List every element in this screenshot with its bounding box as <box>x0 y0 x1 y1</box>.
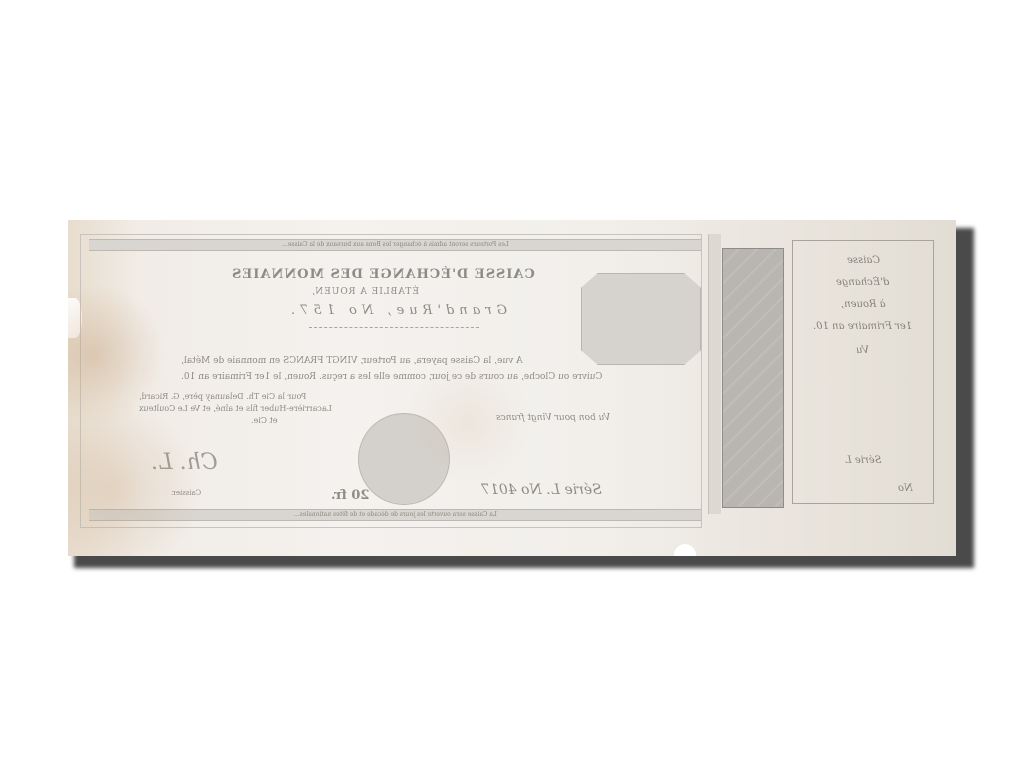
title-text: CAISSE D'ÉCHANGE DES MONNAIES <box>231 267 535 282</box>
stub-line-1: Caisse <box>793 255 933 266</box>
denomination: 20 fr. <box>331 488 369 503</box>
top-band-text: Les Porteurs seront admis à échanger les… <box>282 240 509 250</box>
counterfoil-stub: Caisse d'Échange à Rouen, 1er Frimaire a… <box>792 240 934 504</box>
stub-line-5-text: Vu <box>856 345 869 356</box>
stub-series-text: Série L <box>845 455 881 466</box>
body-line-2-text: Cuivre ou Cloche, au cours de ce jour, c… <box>181 372 602 382</box>
stub-line-3: à Rouen, <box>793 299 933 310</box>
issuer-line-2-text: Lacarrière-Huber fils et aîné, et Ve Le … <box>139 404 332 413</box>
top-border-band: Les Porteurs seront admis à échanger les… <box>89 239 701 251</box>
octagonal-vignette <box>581 273 701 365</box>
divider <box>309 327 479 328</box>
perforation-strip <box>708 234 721 514</box>
bottom-band-text: La Caisse sera ouverte les jours de déca… <box>294 510 497 520</box>
body-line-2: Cuivre ou Cloche, au cours de ce jour, c… <box>181 372 602 382</box>
serial-text: Série L. No 4017 <box>481 482 602 498</box>
bon-text: Vu bon pour Vingt francs <box>496 413 610 423</box>
issuer-line-3-text: et Cie. <box>251 416 277 425</box>
serial-number: Série L. No 4017 <box>481 482 602 498</box>
stub-line-3-text: à Rouen, <box>841 299 886 310</box>
body-line-1: A vue, la Caisse payera, au Porteur, VIN… <box>181 356 523 366</box>
note-subtitle: ÉTABLIE A ROUEN, <box>311 287 419 297</box>
stub-line-2-text: d'Échange <box>836 277 889 288</box>
cashier-label: Caissier. <box>171 489 201 497</box>
issuer-line-2: Lacarrière-Huber fils et aîné, et Ve Le … <box>139 404 332 413</box>
stub-line-4-text: 1er Frimaire an 10. <box>813 321 912 332</box>
torn-notch <box>674 544 696 556</box>
body-line-1-text: A vue, la Caisse payera, au Porteur, VIN… <box>181 356 523 366</box>
signature-text: Ch. L. <box>151 450 218 475</box>
stub-number: No <box>793 483 913 494</box>
issuer-line-3: et Cie. <box>251 416 277 425</box>
banknote: Les Porteurs seront admis à échanger les… <box>68 220 956 556</box>
cashier-label-text: Caissier. <box>171 489 201 497</box>
bottom-border-band: La Caisse sera ouverte les jours de déca… <box>89 509 701 521</box>
address-text: Grand'Rue, No 157. <box>286 303 507 318</box>
issuer-line-1: Pour la Cie Th. Delaunay père, G. Ricard… <box>139 392 306 401</box>
subtitle-text: ÉTABLIE A ROUEN, <box>311 287 419 297</box>
stub-line-5: Vu <box>793 345 933 356</box>
note-address: Grand'Rue, No 157. <box>286 303 507 318</box>
denomination-text: 20 fr. <box>331 488 369 503</box>
note-title: CAISSE D'ÉCHANGE DES MONNAIES <box>231 267 535 282</box>
round-seal <box>358 413 450 505</box>
signature: Ch. L. <box>151 450 218 475</box>
stub-number-text: No <box>898 483 913 494</box>
stub-series: Série L <box>793 455 933 466</box>
issuer-line-1-text: Pour la Cie Th. Delaunay père, G. Ricard… <box>139 392 306 401</box>
stub-line-4: 1er Frimaire an 10. <box>793 321 933 332</box>
stub-line-1-text: Caisse <box>847 255 880 266</box>
note-main-panel: Les Porteurs seront admis à échanger les… <box>80 234 702 528</box>
counterfoil-stripe <box>722 248 784 508</box>
stub-line-2: d'Échange <box>793 277 933 288</box>
bon-text-value: Vu bon pour Vingt francs <box>496 413 610 423</box>
